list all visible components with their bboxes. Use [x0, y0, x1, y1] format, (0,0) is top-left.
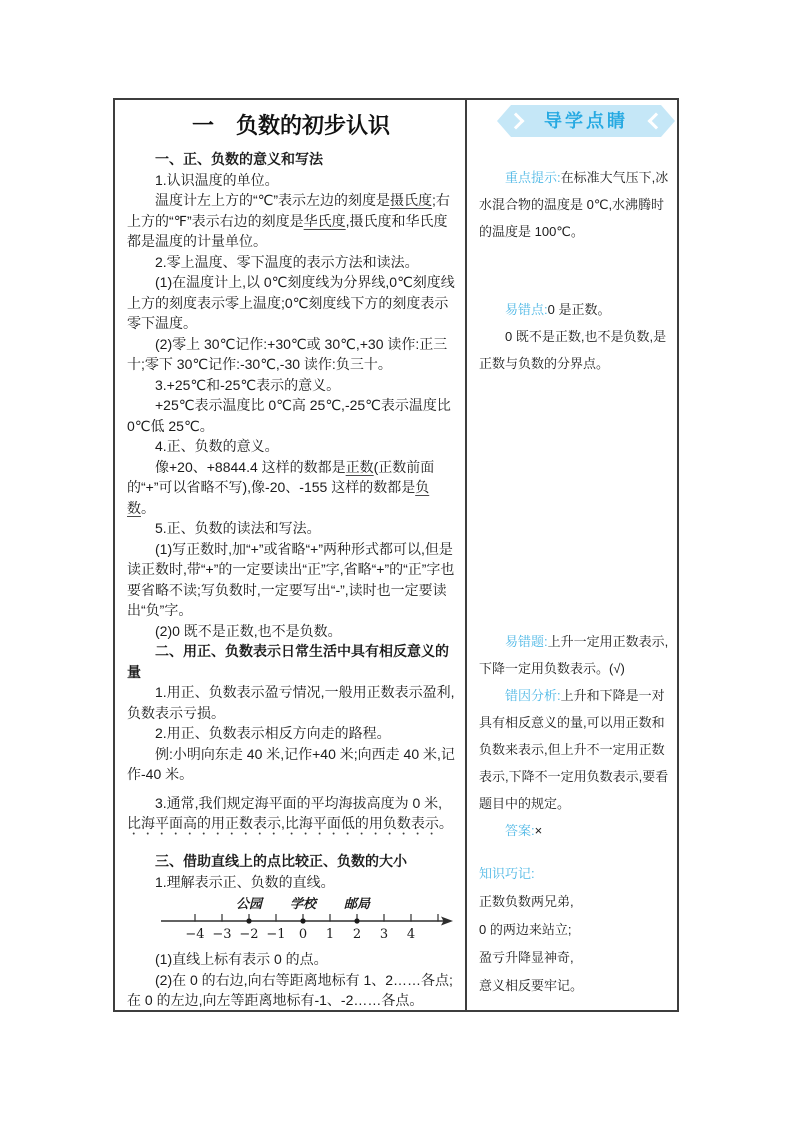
- sidebar-paragraph: 易错题:上升一定用正数表示,下降一定用负数表示。(√): [479, 628, 669, 682]
- section-heading: 一、正、负数的意义和写法: [127, 149, 455, 170]
- main-content: 一、正、负数的意义和写法1.认识温度的单位。温度计左上方的“℃”表示左边的刻度是…: [127, 149, 455, 1010]
- paragraph: (2)零上 30℃记作:+30℃或 30℃,+30 读作:正三十;零下 30℃记…: [127, 334, 455, 375]
- sidebar-paragraph: 易错点:0 是正数。: [479, 296, 669, 323]
- worksheet: 一 负数的初步认识 一、正、负数的意义和写法1.认识温度的单位。温度计左上方的“…: [113, 98, 679, 1012]
- text-segment: (1)写正数时,加“+”或省略“+”两种形式都可以,但是读正数时,带“+”的一定…: [127, 541, 454, 619]
- sidebar-paragraph: 盈亏升降显神奇,: [479, 944, 669, 972]
- text-segment: 。: [141, 500, 155, 516]
- text-segment: 1.理解表示正、负数的直线。: [155, 874, 335, 890]
- text-segment: (2)0 既不是正数,也不是负数。: [155, 623, 342, 639]
- text-segment: 5.正、负数的读法和写法。: [155, 520, 321, 536]
- svg-text:−1: −1: [266, 927, 285, 942]
- svg-text:学校: 学校: [290, 896, 319, 912]
- text-segment: 像+20、+8844.4 这样的数都是: [155, 459, 346, 475]
- sidebar-paragraph: 错因分析:上升和下降是一对具有相反意义的量,可以用正数和负数来表示,但上升不一定…: [479, 682, 669, 817]
- key-point-block: 重点提示:在标准大气压下,冰水混合物的温度是 0℃,水沸腾时的温度是 100℃。: [479, 164, 669, 245]
- paragraph: (2)0 既不是正数,也不是负数。: [127, 621, 455, 642]
- paragraph: (1)直线上标有表示 0 的点。: [127, 949, 455, 970]
- svg-text:−2: −2: [239, 927, 258, 942]
- error-prone-question-block: 易错题:上升一定用正数表示,下降一定用负数表示。(√)错因分析:上升和下降是一对…: [479, 628, 669, 844]
- text-segment: (1)直线上标有表示 0 的点。: [155, 951, 328, 967]
- text-segment: 盈亏升降显神奇,: [479, 950, 574, 965]
- sidebar-label: 易错题:: [505, 634, 548, 649]
- text-segment: 上升和下降是一对具有相反意义的量,可以用正数和负数来表示,但上升不一定用正数表示…: [479, 688, 668, 811]
- svg-text:3: 3: [380, 927, 388, 942]
- svg-text:−4: −4: [185, 927, 204, 942]
- paragraph: 2.用正、负数表示相反方向走的路程。: [127, 723, 455, 744]
- text-segment: 一、正、负数的意义和写法: [155, 151, 323, 167]
- paragraph: 像+20、+8844.4 这样的数都是正数(正数前面的“+”可以省略不写),像-…: [127, 457, 455, 519]
- page-title: 一 负数的初步认识: [127, 109, 455, 140]
- svg-text:1: 1: [326, 927, 334, 942]
- svg-text:公园: 公园: [236, 897, 265, 912]
- text-segment: 3.+25℃和-25℃表示的意义。: [155, 377, 340, 393]
- sidebar-paragraph: 0 既不是正数,也不是负数,是正数与负数的分界点。: [479, 323, 669, 377]
- svg-text:0: 0: [299, 927, 307, 942]
- text-segment: (1)在温度计上,以 0℃刻度线为分界线,0℃刻度线上方的刻度表示零上温度;0℃…: [127, 274, 455, 331]
- main-column: 一 负数的初步认识 一、正、负数的意义和写法1.认识温度的单位。温度计左上方的“…: [115, 100, 467, 1010]
- sidebar-banner: 导学点睛: [497, 105, 675, 137]
- text-segment: 1.认识温度的单位。: [155, 172, 279, 188]
- paragraph: 1.用正、负数表示盈亏情况,一般用正数表示盈利,负数表示亏损。: [127, 682, 455, 723]
- svg-text:2: 2: [353, 927, 361, 942]
- emphasized-text: 比海平面高的用正数表示,比海平面低的用负数表示: [127, 815, 439, 831]
- paragraph: (1)写正数时,加“+”或省略“+”两种形式都可以,但是读正数时,带“+”的一定…: [127, 539, 455, 621]
- page: { "colors": { "accent_cyan": "#4db7e5", …: [0, 0, 793, 1122]
- text-segment: 例:小明向东走 40 米,记作+40 米;向西走 40 米,记作-40 米。: [127, 746, 455, 783]
- sidebar-label: 知识巧记:: [479, 866, 535, 881]
- number-line-diagram: −4−3−2−101234公园学校邮局: [155, 896, 455, 942]
- paragraph: 1.理解表示正、负数的直线。: [127, 872, 455, 893]
- text-segment: 三、借助直线上的点比较正、负数的大小: [155, 853, 407, 869]
- text-segment: 意义相反要牢记。: [479, 978, 583, 993]
- paragraph: 1.认识温度的单位。: [127, 170, 455, 191]
- sidebar-paragraph: 答案:×: [479, 817, 669, 844]
- text-segment: 0 的两边来站立;: [479, 922, 571, 937]
- sidebar-label: 重点提示:: [505, 170, 561, 185]
- paragraph: 温度计左上方的“℃”表示左边的刻度是摄氏度;右上方的“℉”表示右边的刻度是华氏度…: [127, 190, 455, 252]
- section-heading: 二、用正、负数表示日常生活中具有相反意义的量: [127, 641, 455, 682]
- underlined-term: 正数: [346, 459, 374, 475]
- sidebar-paragraph: 知识巧记:: [479, 860, 669, 888]
- text-segment: (2)在 0 的右边,向右等距离地标有 1、2……各点;在 0 的左边,向左等距…: [127, 972, 453, 1009]
- paragraph: (1)在温度计上,以 0℃刻度线为分界线,0℃刻度线上方的刻度表示零上温度;0℃…: [127, 272, 455, 334]
- sidebar-label: 答案:: [505, 823, 535, 838]
- svg-text:−3: −3: [212, 927, 231, 942]
- sidebar-label: 错因分析:: [505, 688, 561, 703]
- section-heading: 三、借助直线上的点比较正、负数的大小: [127, 851, 455, 872]
- paragraph: 3.通常,我们规定海平面的平均海拔高度为 0 米,比海平面高的用正数表示,比海平…: [127, 793, 455, 839]
- text-segment: 0 既不是正数,也不是负数,是正数与负数的分界点。: [479, 329, 666, 371]
- knowledge-mnemonic-block: 知识巧记:正数负数两兄弟,0 的两边来站立;盈亏升降显神奇,意义相反要牢记。: [479, 860, 669, 1000]
- text-segment: 。: [439, 815, 453, 831]
- underlined-term: 摄氏度: [390, 192, 432, 208]
- text-segment: 1.用正、负数表示盈亏情况,一般用正数表示盈利,负数表示亏损。: [127, 684, 454, 721]
- text-segment: ×: [535, 823, 543, 838]
- error-prone-point-block: 易错点:0 是正数。0 既不是正数,也不是负数,是正数与负数的分界点。: [479, 296, 669, 377]
- svg-text:邮局: 邮局: [344, 896, 371, 912]
- paragraph: 3.+25℃和-25℃表示的意义。: [127, 375, 455, 396]
- text-segment: 4.正、负数的意义。: [155, 438, 279, 454]
- svg-text:4: 4: [407, 927, 415, 942]
- text-segment: 0 是正数。: [548, 302, 611, 317]
- paragraph: 4.正、负数的意义。: [127, 436, 455, 457]
- paragraph: +25℃表示温度比 0℃高 25℃,-25℃表示温度比 0℃低 25℃。: [127, 395, 455, 436]
- sidebar-paragraph: 重点提示:在标准大气压下,冰水混合物的温度是 0℃,水沸腾时的温度是 100℃。: [479, 164, 669, 245]
- sidebar-paragraph: 0 的两边来站立;: [479, 916, 669, 944]
- text-segment: 温度计左上方的“℃”表示左边的刻度是: [155, 192, 390, 208]
- sidebar-paragraph: 正数负数两兄弟,: [479, 888, 669, 916]
- sidebar-paragraph: 意义相反要牢记。: [479, 972, 669, 1000]
- text-segment: 3.通常,我们规定海平面的平均海拔高度为 0 米,: [155, 795, 442, 811]
- text-segment: 正数负数两兄弟,: [479, 894, 574, 909]
- text-segment: +25℃表示温度比 0℃高 25℃,-25℃表示温度比 0℃低 25℃。: [127, 397, 451, 434]
- paragraph: 2.零上温度、零下温度的表示方法和读法。: [127, 252, 455, 273]
- sidebar-label: 易错点:: [505, 302, 548, 317]
- text-segment: 2.零上温度、零下温度的表示方法和读法。: [155, 254, 419, 270]
- text-segment: (2)零上 30℃记作:+30℃或 30℃,+30 读作:正三十;零下 30℃记…: [127, 336, 447, 373]
- paragraph: (2)在 0 的右边,向右等距离地标有 1、2……各点;在 0 的左边,向左等距…: [127, 970, 455, 1011]
- number-line-figure: −4−3−2−101234公园学校邮局: [155, 896, 455, 947]
- sidebar-column: 导学点睛 重点提示:在标准大气压下,冰水混合物的温度是 0℃,水沸腾时的温度是 …: [467, 100, 677, 1010]
- paragraph: 例:小明向东走 40 米,记作+40 米;向西走 40 米,记作-40 米。: [127, 744, 455, 785]
- text-segment: 2.用正、负数表示相反方向走的路程。: [155, 725, 391, 741]
- text-segment: 二、用正、负数表示日常生活中具有相反意义的量: [127, 643, 449, 680]
- underlined-term: 华氏度: [304, 213, 346, 229]
- paragraph: 5.正、负数的读法和写法。: [127, 518, 455, 539]
